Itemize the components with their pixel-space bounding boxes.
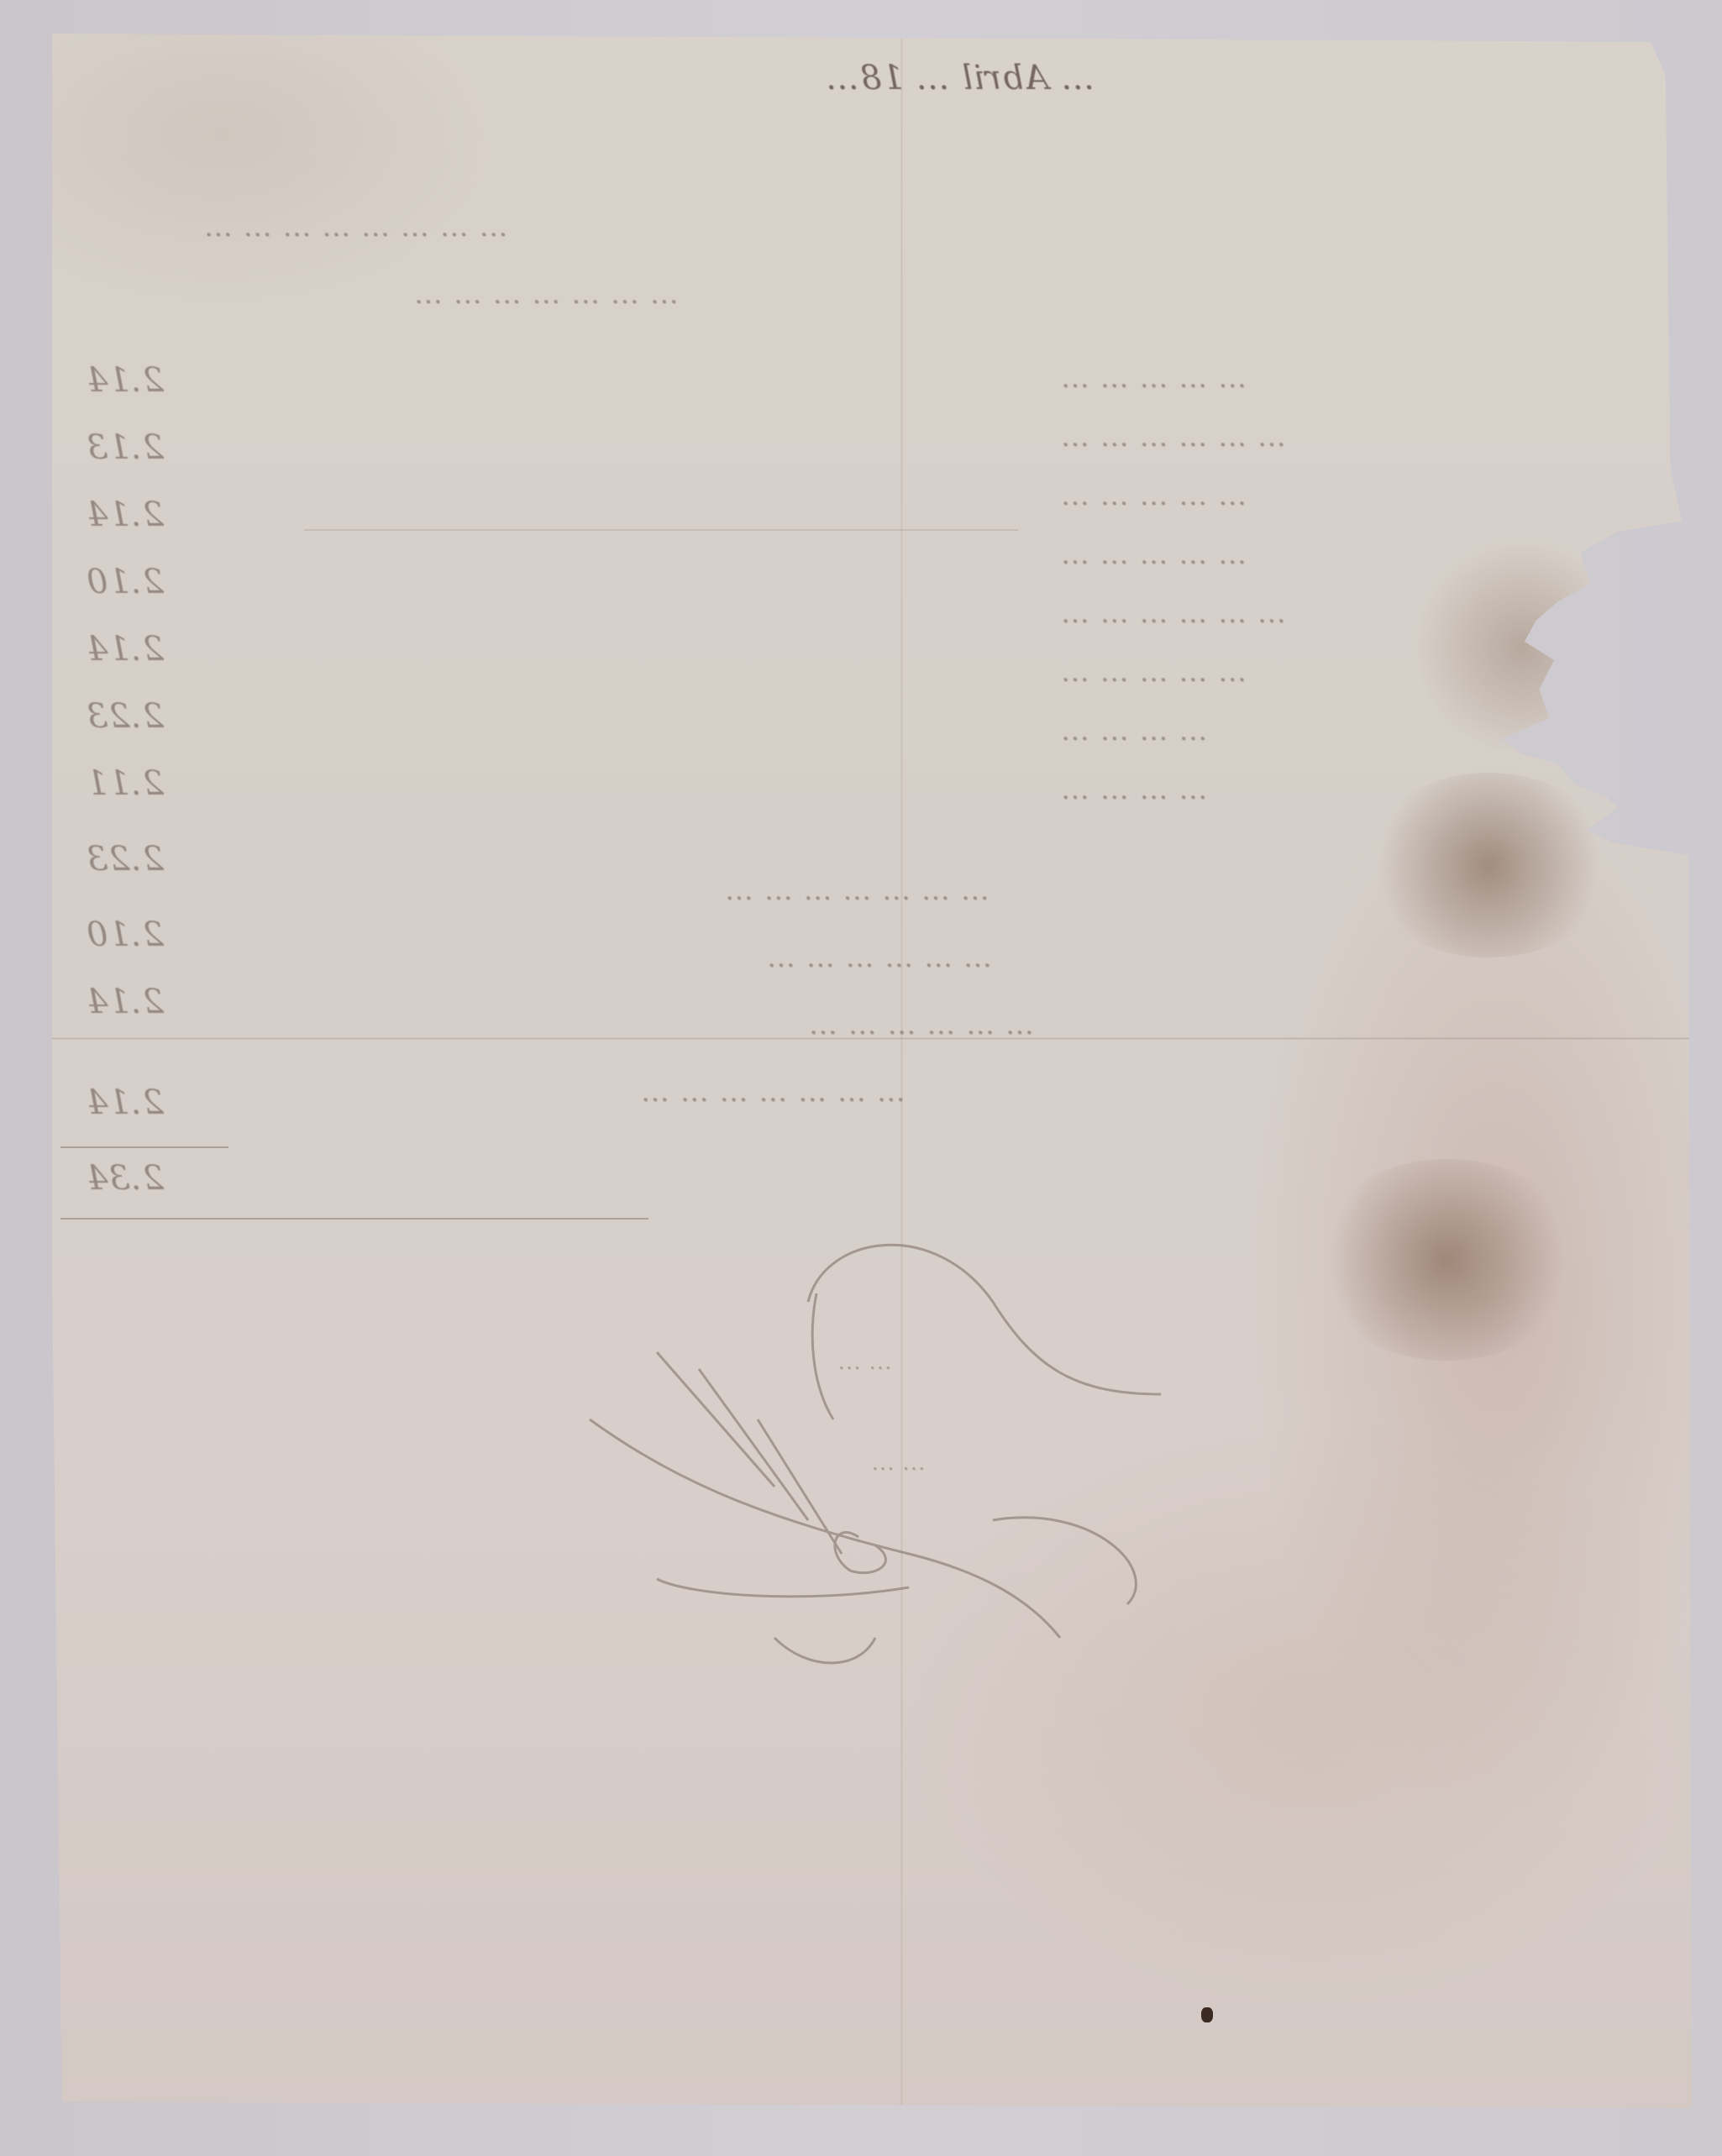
text-line: … … … … … … … xyxy=(724,873,990,907)
text-line: … … … … … xyxy=(1060,479,1247,512)
text-line: … … … … … xyxy=(1060,655,1247,689)
ledger-number: 2.10 xyxy=(86,563,164,601)
ledger-number: 2.14 xyxy=(86,496,164,534)
header-line: … … … … … … … xyxy=(413,277,679,311)
ledger-number: 2.13 xyxy=(86,428,164,467)
signature-flourish-icon: … … … … xyxy=(556,1201,1312,1705)
water-stain xyxy=(1362,773,1614,957)
svg-text:… …: … … xyxy=(837,1347,892,1375)
ledger-number: 2.14 xyxy=(86,983,164,1021)
text-line: … … … … … xyxy=(1060,361,1247,395)
text-line: … … … … … … xyxy=(1060,420,1286,454)
text-line: … … … … … xyxy=(1060,538,1247,571)
ledger-number: 2.34 xyxy=(86,1159,164,1198)
ledger-number: 2.23 xyxy=(86,697,164,736)
ledger-number: 2.14 xyxy=(86,1083,164,1122)
text-line: … … … … xyxy=(1060,714,1207,748)
ledger-number: 2.10 xyxy=(86,915,164,954)
ledger-rule xyxy=(304,529,1018,531)
ledger-number: 2.11 xyxy=(86,764,164,803)
text-line: … … … … xyxy=(1060,773,1207,806)
water-stain xyxy=(1312,1159,1581,1361)
ledger-number: 2.14 xyxy=(86,630,164,669)
text-line: … … … … … … xyxy=(1060,596,1286,630)
fold-crease-vertical xyxy=(900,34,903,2108)
ink-blot xyxy=(1201,2007,1213,2022)
header-line: … … … … … … … … xyxy=(203,210,508,244)
ledger-number: 2.14 xyxy=(86,361,164,400)
heading: … Abril … 18… xyxy=(825,59,1095,97)
text-line: … … … … … … xyxy=(808,1008,1034,1041)
text-line: … … … … … … xyxy=(766,941,992,974)
manuscript-page: … Abril … 18… … … … … … … … … … … … … … … xyxy=(52,34,1692,2108)
text-line: … … … … … … … xyxy=(640,1075,906,1109)
svg-text:… …: … … xyxy=(871,1448,926,1476)
ledger-number: 2.23 xyxy=(86,840,164,879)
ledger-rule xyxy=(60,1146,228,1148)
